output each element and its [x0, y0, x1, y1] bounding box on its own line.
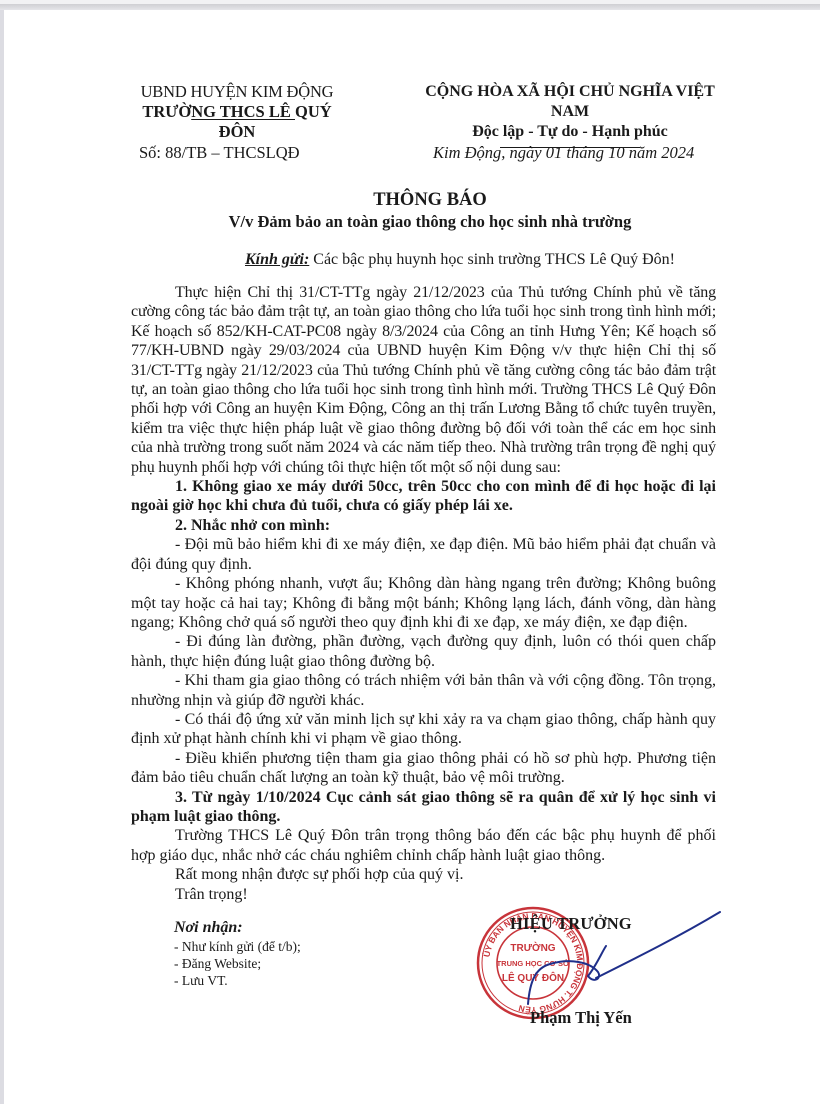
issuing-authority-block: UBND HUYỆN KIM ĐỘNG TRƯỜNG THCS LÊ QUÝ Đ… [132, 82, 342, 142]
national-header-block: CỘNG HÒA XÃ HỘI CHỦ NGHĨA VIỆT NAM Độc l… [405, 82, 735, 148]
recipients-block: Nơi nhận: - Như kính gửi (để t/b); - Đăn… [174, 918, 301, 989]
signatory-name: Phạm Thị Yến [530, 1008, 632, 1028]
authority-line: UBND HUYỆN KIM ĐỘNG [132, 82, 342, 102]
item-2-point: - Đội mũ bảo hiểm khi đi xe máy điện, xe… [131, 535, 716, 574]
item-2-point: - Điều khiển phương tiện tham gia giao t… [131, 749, 716, 788]
salutation: Kính gửi: Các bậc phụ huynh học sinh trư… [245, 251, 675, 269]
document-number: Số: 88/TB – THCSLQĐ [139, 143, 300, 163]
recipient-item: - Đăng Website; [174, 955, 301, 972]
item-2-point: - Không phóng nhanh, vượt ẩu; Không dàn … [131, 574, 716, 632]
document-subject: V/v Đảm bảo an toàn giao thông cho học s… [130, 211, 730, 233]
national-motto: Độc lập - Tự do - Hạnh phúc [405, 122, 735, 142]
country-name: CỘNG HÒA XÃ HỘI CHỦ NGHĨA VIỆT NAM [405, 82, 735, 122]
recipient-item: - Như kính gửi (để t/b); [174, 938, 301, 955]
salutation-text: Các bậc phụ huynh học sinh trường THCS L… [309, 251, 675, 268]
recipients-heading: Nơi nhận: [174, 918, 301, 938]
document-body: Thực hiện Chỉ thị 31/CT-TTg ngày 21/12/2… [131, 283, 716, 904]
item-2-heading: 2. Nhắc nhở con mình: [131, 516, 716, 535]
school-name-part: TRƯỜ [142, 102, 191, 121]
recipient-item: - Lưu VT. [174, 972, 301, 989]
intro-paragraph: Thực hiện Chỉ thị 31/CT-TTg ngày 21/12/2… [131, 283, 716, 477]
document-title: THÔNG BÁO [130, 189, 730, 211]
handwritten-signature [470, 880, 750, 1020]
school-name-underlined: NG THCS LÊ [191, 102, 295, 121]
item-2-point: - Có thái độ ứng xử văn minh lịch sự khi… [131, 710, 716, 749]
school-name: TRƯỜNG THCS LÊ QUÝ ĐÔN [132, 102, 342, 142]
item-3: 3. Từ ngày 1/10/2024 Cục cảnh sát giao t… [131, 788, 716, 827]
place-and-date: Kim Động, ngày 01 tháng 10 năm 2024 [433, 143, 694, 163]
item-1: 1. Không giao xe máy dưới 50cc, trên 50c… [131, 477, 716, 516]
item-2-point: - Đi đúng làn đường, phần đường, vạch đư… [131, 632, 716, 671]
salutation-label: Kính gửi: [245, 251, 309, 268]
closing-paragraph: Trường THCS Lê Quý Đôn trân trọng thông … [131, 826, 716, 865]
window-top-bar [0, 0, 820, 10]
item-2-point: - Khi tham gia giao thông có trách nhiệm… [131, 671, 716, 710]
